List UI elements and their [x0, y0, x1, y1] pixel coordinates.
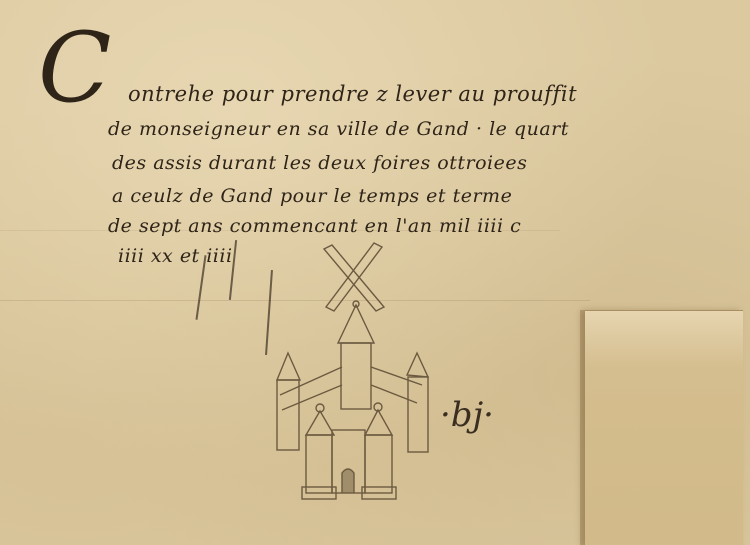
text-line-2: de monseigneur en sa ville de Gand · le … [108, 118, 569, 140]
text-line-4: a ceulz de Gand pour le temps et terme [112, 185, 512, 207]
folded-paper-flap [585, 310, 743, 545]
initial-letter: C [38, 20, 111, 116]
signature-mark: ·bj· [440, 395, 494, 435]
text-line-6: iiii xx et iiii [118, 245, 233, 267]
text-line-3: des assis durant les deux foires ottroie… [112, 152, 527, 174]
text-line-1: ontrehe pour prendre z lever au prouffit [128, 82, 577, 106]
castle-drawing-icon [262, 225, 432, 505]
